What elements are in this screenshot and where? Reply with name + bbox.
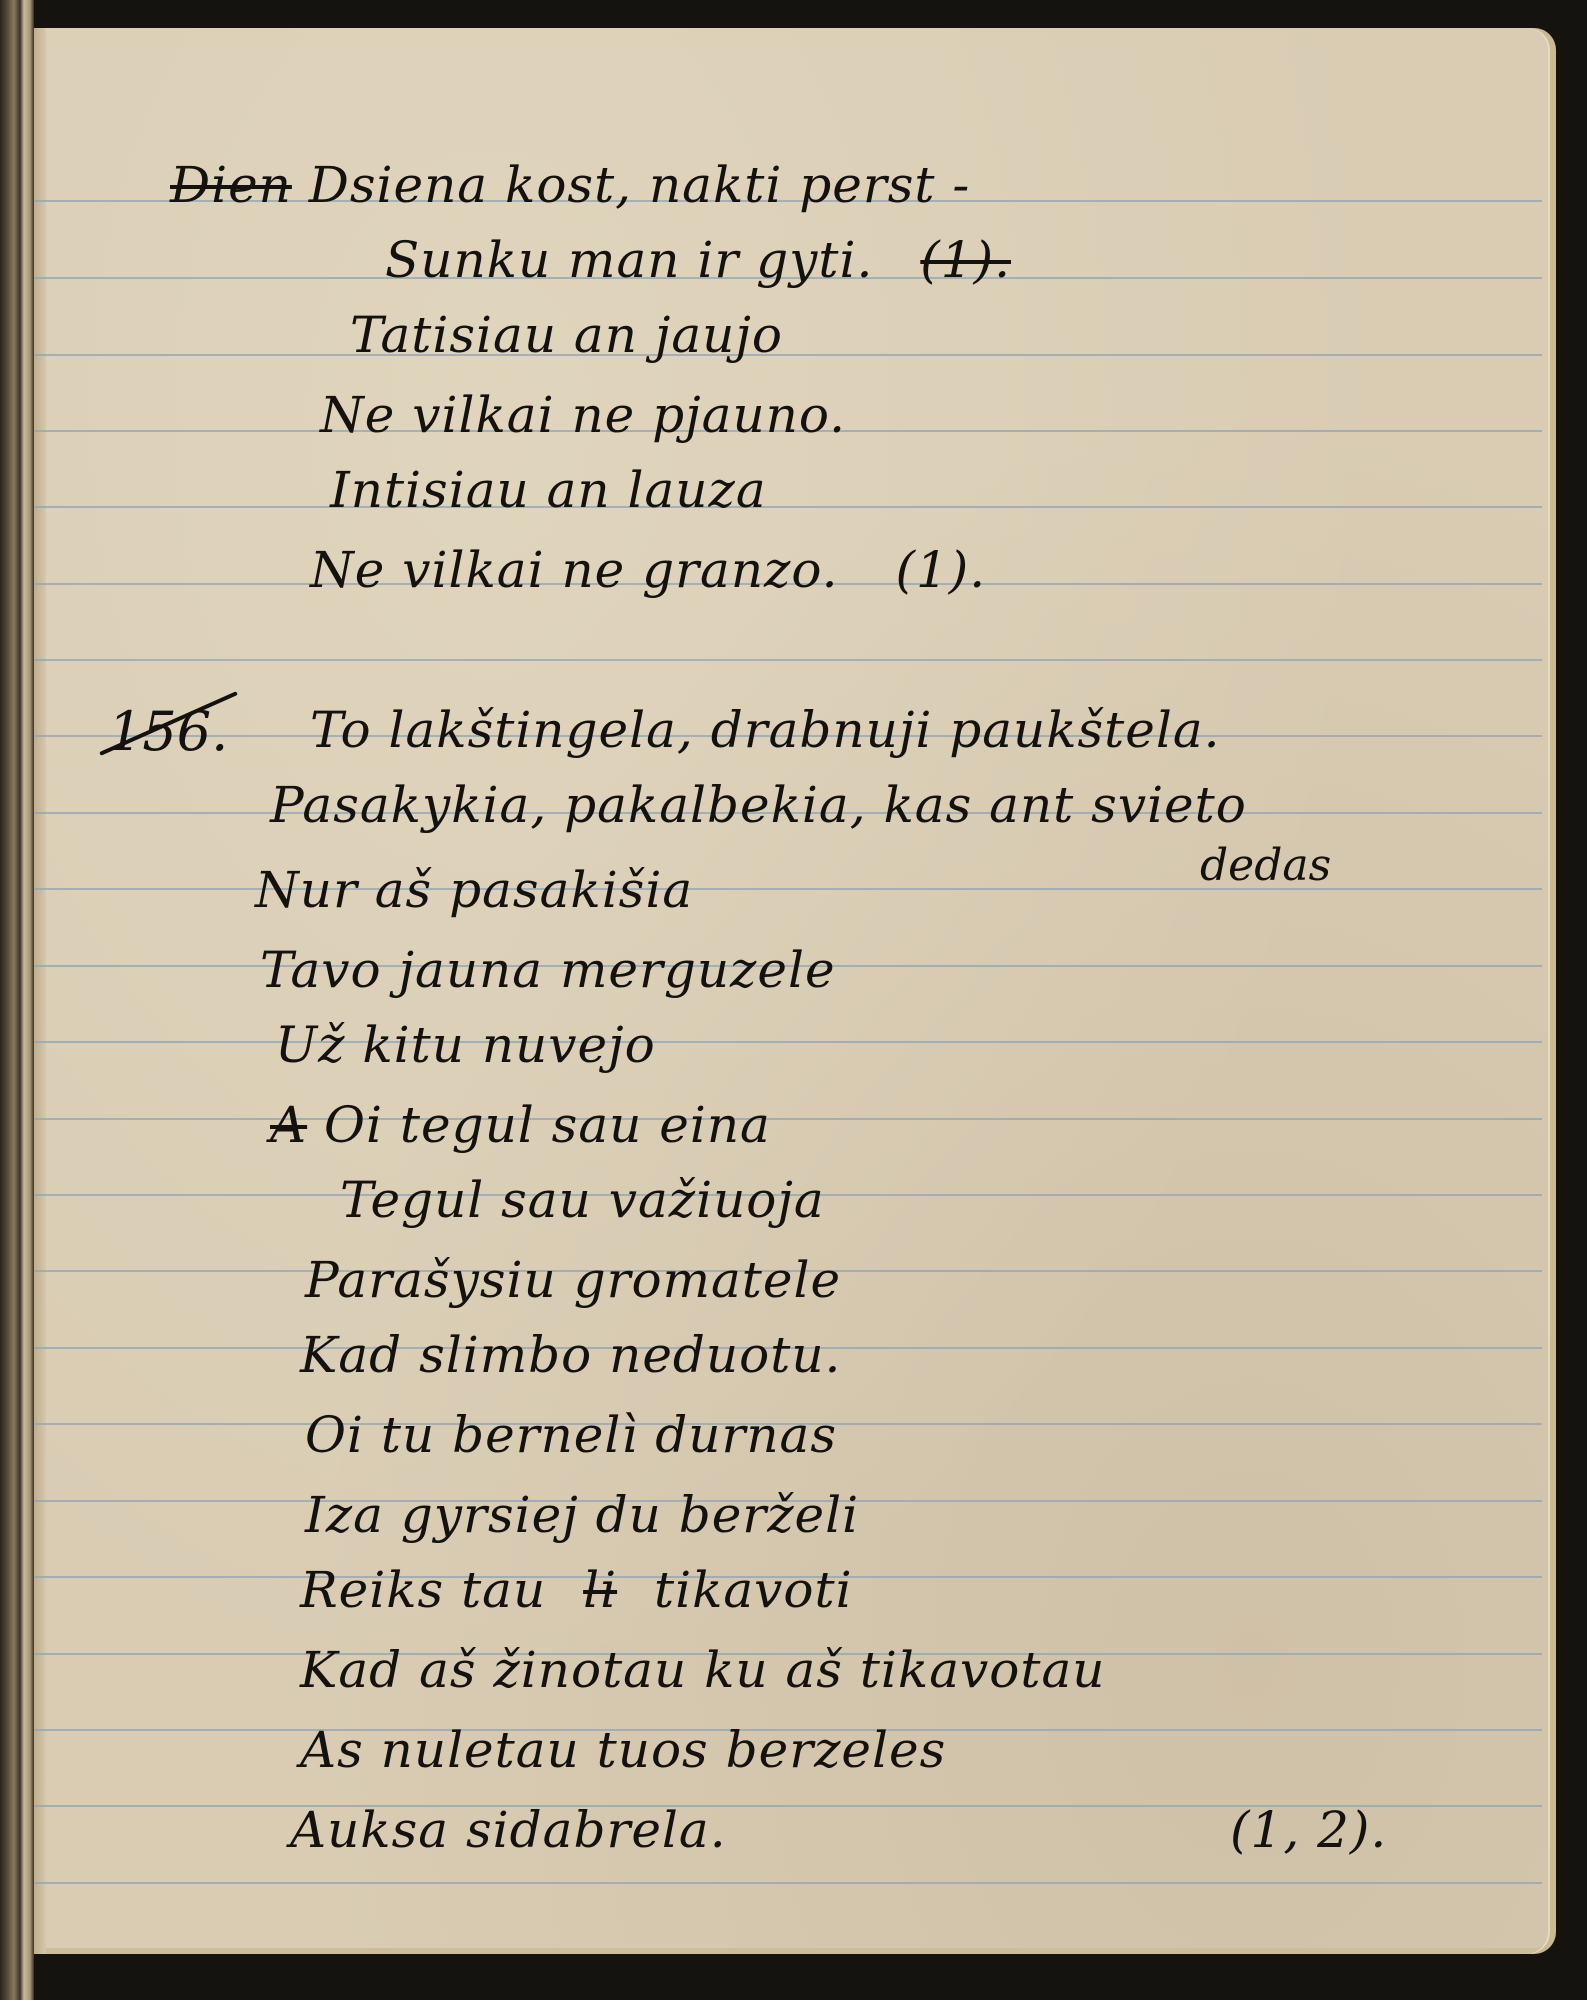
- source-reference: (1, 2).: [1230, 1805, 1387, 1855]
- verse-text: Tegul sau važiuoja: [340, 1171, 825, 1229]
- verse-text: Dsiena kost, nakti perst -: [309, 156, 971, 214]
- verse-line: Parašysiu gromatele: [305, 1255, 841, 1305]
- struck-word: li: [583, 1561, 617, 1619]
- verse-line: Oi tu bernelì durnas: [305, 1410, 837, 1460]
- verse-text: tikavoti: [654, 1561, 853, 1619]
- verse-line: Nur aš pasakišia: [255, 865, 693, 915]
- verse-text: Iza gyrsiej du berželi: [305, 1486, 859, 1544]
- entry-number: 156.: [108, 700, 228, 763]
- verse-text: Nur aš pasakišia: [255, 861, 693, 919]
- verse-line: Pasakykia, pakalbekia, kas ant svieto: [270, 780, 1247, 830]
- struck-word: Dien: [170, 156, 292, 214]
- verse-text: Kad aš žinotau ku aš tikavotau: [300, 1641, 1105, 1699]
- verse-line: Tatisiau an jaujo: [350, 310, 783, 360]
- verse-line: Iza gyrsiej du berželi: [305, 1490, 859, 1540]
- verse-line: Sunku man ir gyti. (1).: [385, 235, 1011, 285]
- verse-line: Kad slimbo neduotu.: [300, 1330, 841, 1380]
- struck-word: A: [270, 1096, 307, 1154]
- verse-text: To lakštingela, drabnuji paukštela.: [310, 701, 1221, 759]
- verse-text: Reiks tau: [300, 1561, 546, 1619]
- source-reference: (1).: [895, 541, 986, 599]
- struck-reference: (1).: [920, 231, 1011, 289]
- verse-line: Reiks tau li tikavoti: [300, 1565, 853, 1615]
- ruled-line: [34, 1118, 1542, 1120]
- verse-text: Ne vilkai ne pjauno.: [320, 386, 846, 444]
- verse-text: Sunku man ir gyti.: [385, 231, 873, 289]
- verse-text: Ne vilkai ne granzo.: [310, 541, 839, 599]
- verse-line: Tavo jauna merguzele: [260, 945, 836, 995]
- verse-text: Tavo jauna merguzele: [260, 941, 836, 999]
- ruled-line: [34, 1041, 1542, 1043]
- verse-line: Už kitu nuvejo: [275, 1020, 656, 1070]
- verse-text: Parašysiu gromatele: [305, 1251, 841, 1309]
- notebook-binding: [0, 0, 34, 2000]
- ruled-line: [34, 659, 1542, 661]
- verse-line: To lakštingela, drabnuji paukštela.: [310, 705, 1221, 755]
- page-gutter: [34, 28, 46, 1954]
- ruled-line: [34, 354, 1542, 356]
- verse-line: Kad aš žinotau ku aš tikavotau: [300, 1645, 1105, 1695]
- verse-text: Tatisiau an jaujo: [350, 306, 783, 364]
- verse-line: A Oi tegul sau eina: [270, 1100, 771, 1150]
- verse-line: Dien Dsiena kost, nakti perst -: [170, 160, 970, 210]
- verse-text: Kad slimbo neduotu.: [300, 1326, 841, 1384]
- verse-line: Ne vilkai ne granzo. (1).: [310, 545, 986, 595]
- verse-line: As nuletau tuos berzeles: [300, 1725, 946, 1775]
- ruled-line: [34, 506, 1542, 508]
- verse-line: Ne vilkai ne pjauno.: [320, 390, 846, 440]
- verse-text: Intisiau an lauza: [330, 461, 767, 519]
- ruled-line: [34, 1882, 1542, 1884]
- verse-text: Auksa sidabrela.: [290, 1801, 727, 1859]
- interlinear-insertion: dedas: [1200, 840, 1331, 891]
- verse-text: Oi tegul sau eina: [324, 1096, 771, 1154]
- verse-line: Tegul sau važiuoja: [340, 1175, 825, 1225]
- verse-text: As nuletau tuos berzeles: [300, 1721, 946, 1779]
- verse-line: Auksa sidabrela.: [290, 1805, 727, 1855]
- verse-line: Intisiau an lauza: [330, 465, 767, 515]
- verse-text: Pasakykia, pakalbekia, kas ant svieto: [270, 776, 1247, 834]
- verse-text: Už kitu nuvejo: [275, 1016, 656, 1074]
- verse-text: Oi tu bernelì durnas: [305, 1406, 837, 1464]
